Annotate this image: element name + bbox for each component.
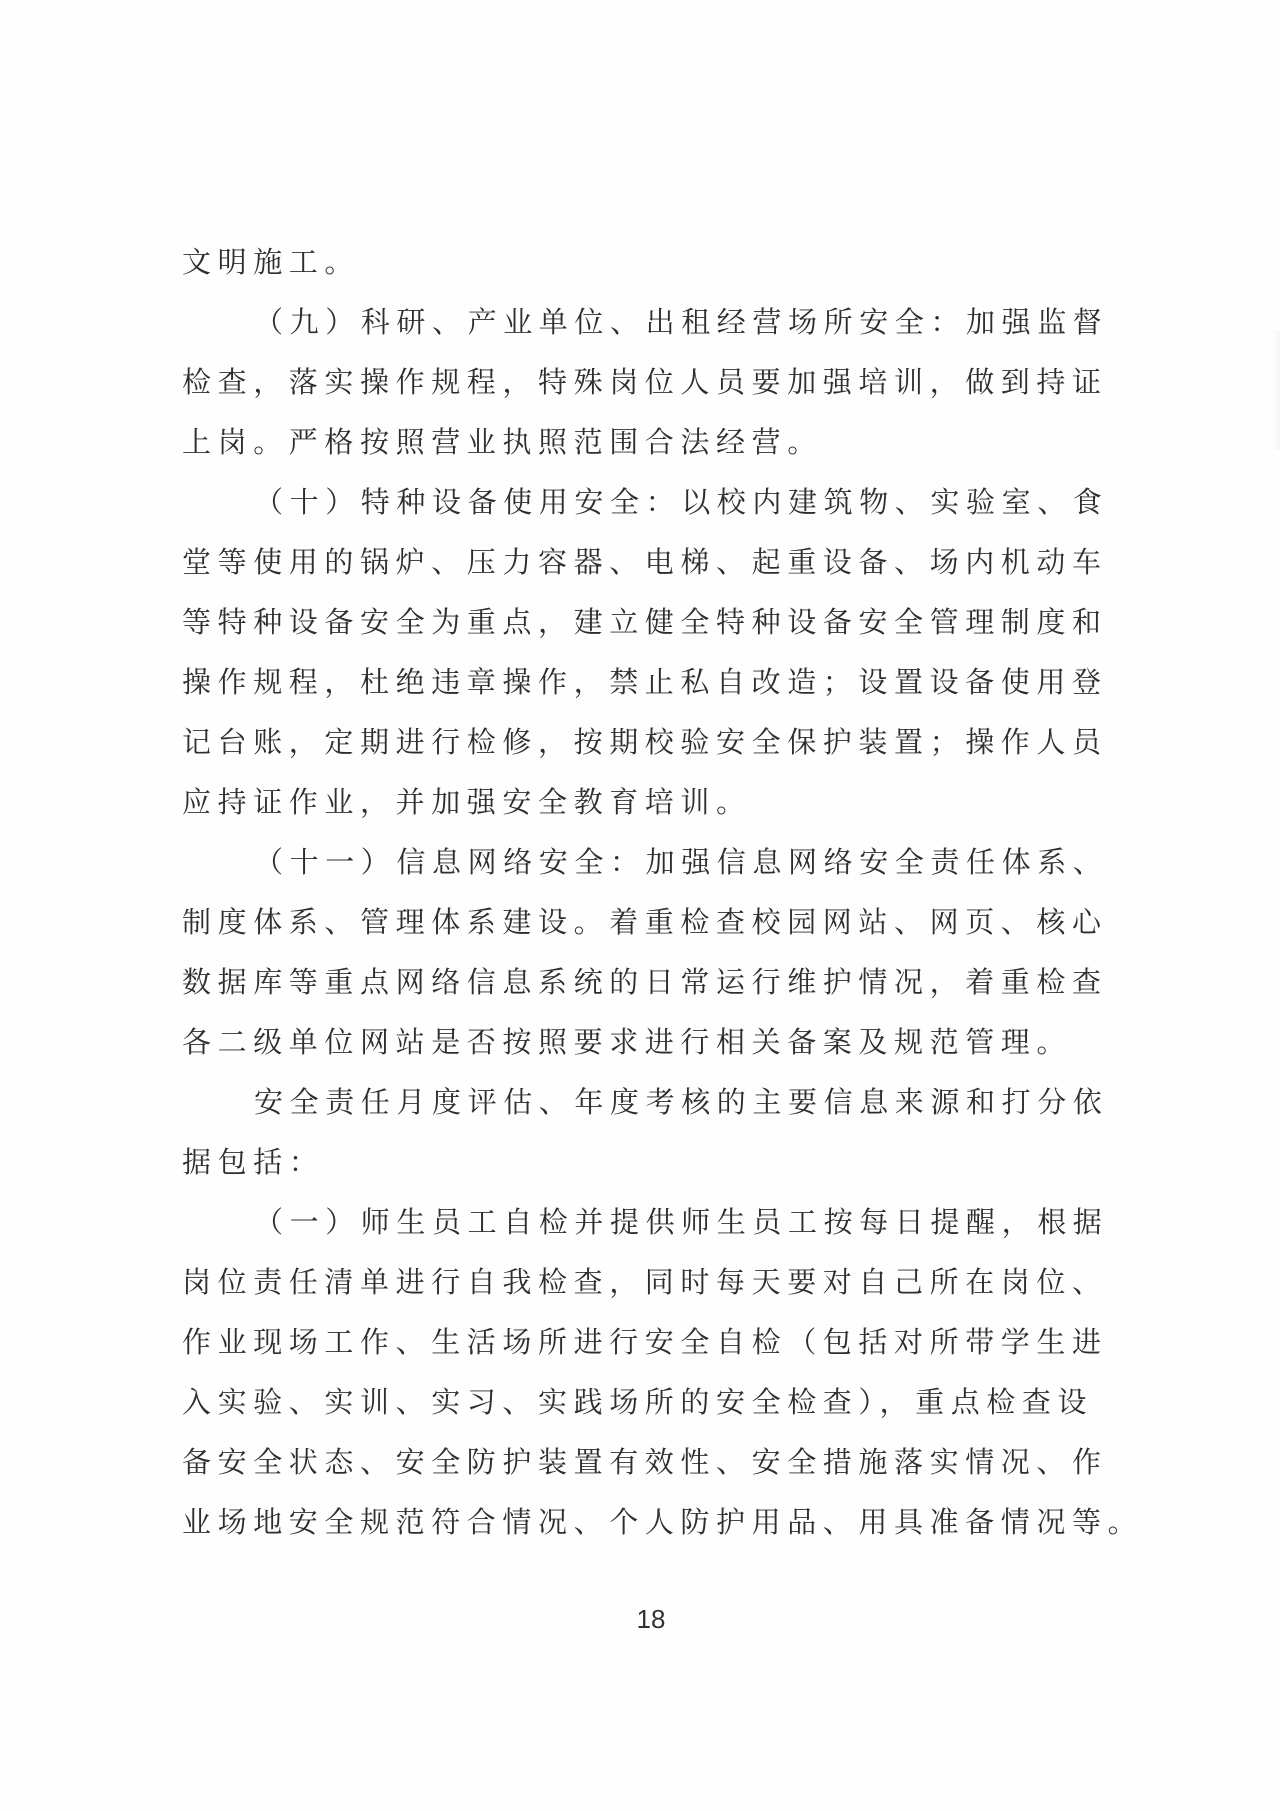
text-line: 上岗。严格按照营业执照范围合法经营。	[182, 421, 1122, 481]
text-line: 入实验、实训、实习、实践场所的安全检查），重点检查设	[182, 1381, 1122, 1441]
text-line: 数据库等重点网络信息系统的日常运行维护情况，着重检查	[182, 961, 1122, 1021]
text-line: 备安全状态、安全防护装置有效性、安全措施落实情况、作	[182, 1441, 1122, 1501]
text-line: （九）科研、产业单位、出租经营场所安全：加强监督	[182, 301, 1122, 361]
text-line: 操作规程，杜绝违章操作，禁止私自改造；设置设备使用登	[182, 661, 1122, 721]
text-line: 记台账，定期进行检修，按期校验安全保护装置；操作人员	[182, 721, 1122, 781]
document-page: 文明施工。 （九）科研、产业单位、出租经营场所安全：加强监督 检查，落实操作规程…	[0, 0, 1280, 1811]
text-line: 制度体系、管理体系建设。着重检查校园网站、网页、核心	[182, 901, 1122, 961]
text-line: 业场地安全规范符合情况、个人防护用品、用具准备情况等。	[182, 1501, 1122, 1561]
scan-edge-shadow	[1272, 330, 1280, 450]
text-line: 文明施工。	[182, 241, 1122, 301]
body-text: 文明施工。 （九）科研、产业单位、出租经营场所安全：加强监督 检查，落实操作规程…	[182, 241, 1122, 1561]
page-number: 18	[0, 1604, 1280, 1635]
text-line: 岗位责任清单进行自我检查，同时每天要对自己所在岗位、	[182, 1261, 1122, 1321]
text-line: 应持证作业，并加强安全教育培训。	[182, 781, 1122, 841]
text-line: （十一）信息网络安全：加强信息网络安全责任体系、	[182, 841, 1122, 901]
text-line: 安全责任月度评估、年度考核的主要信息来源和打分依	[182, 1081, 1122, 1141]
text-line: 等特种设备安全为重点，建立健全特种设备安全管理制度和	[182, 601, 1122, 661]
text-line: 据包括：	[182, 1141, 1122, 1201]
text-line: （十）特种设备使用安全：以校内建筑物、实验室、食	[182, 481, 1122, 541]
text-line: 各二级单位网站是否按照要求进行相关备案及规范管理。	[182, 1021, 1122, 1081]
text-line: 检查，落实操作规程，特殊岗位人员要加强培训，做到持证	[182, 361, 1122, 421]
text-line: 堂等使用的锅炉、压力容器、电梯、起重设备、场内机动车	[182, 541, 1122, 601]
text-line: （一）师生员工自检并提供师生员工按每日提醒，根据	[182, 1201, 1122, 1261]
text-line: 作业现场工作、生活场所进行安全自检（包括对所带学生进	[182, 1321, 1122, 1381]
